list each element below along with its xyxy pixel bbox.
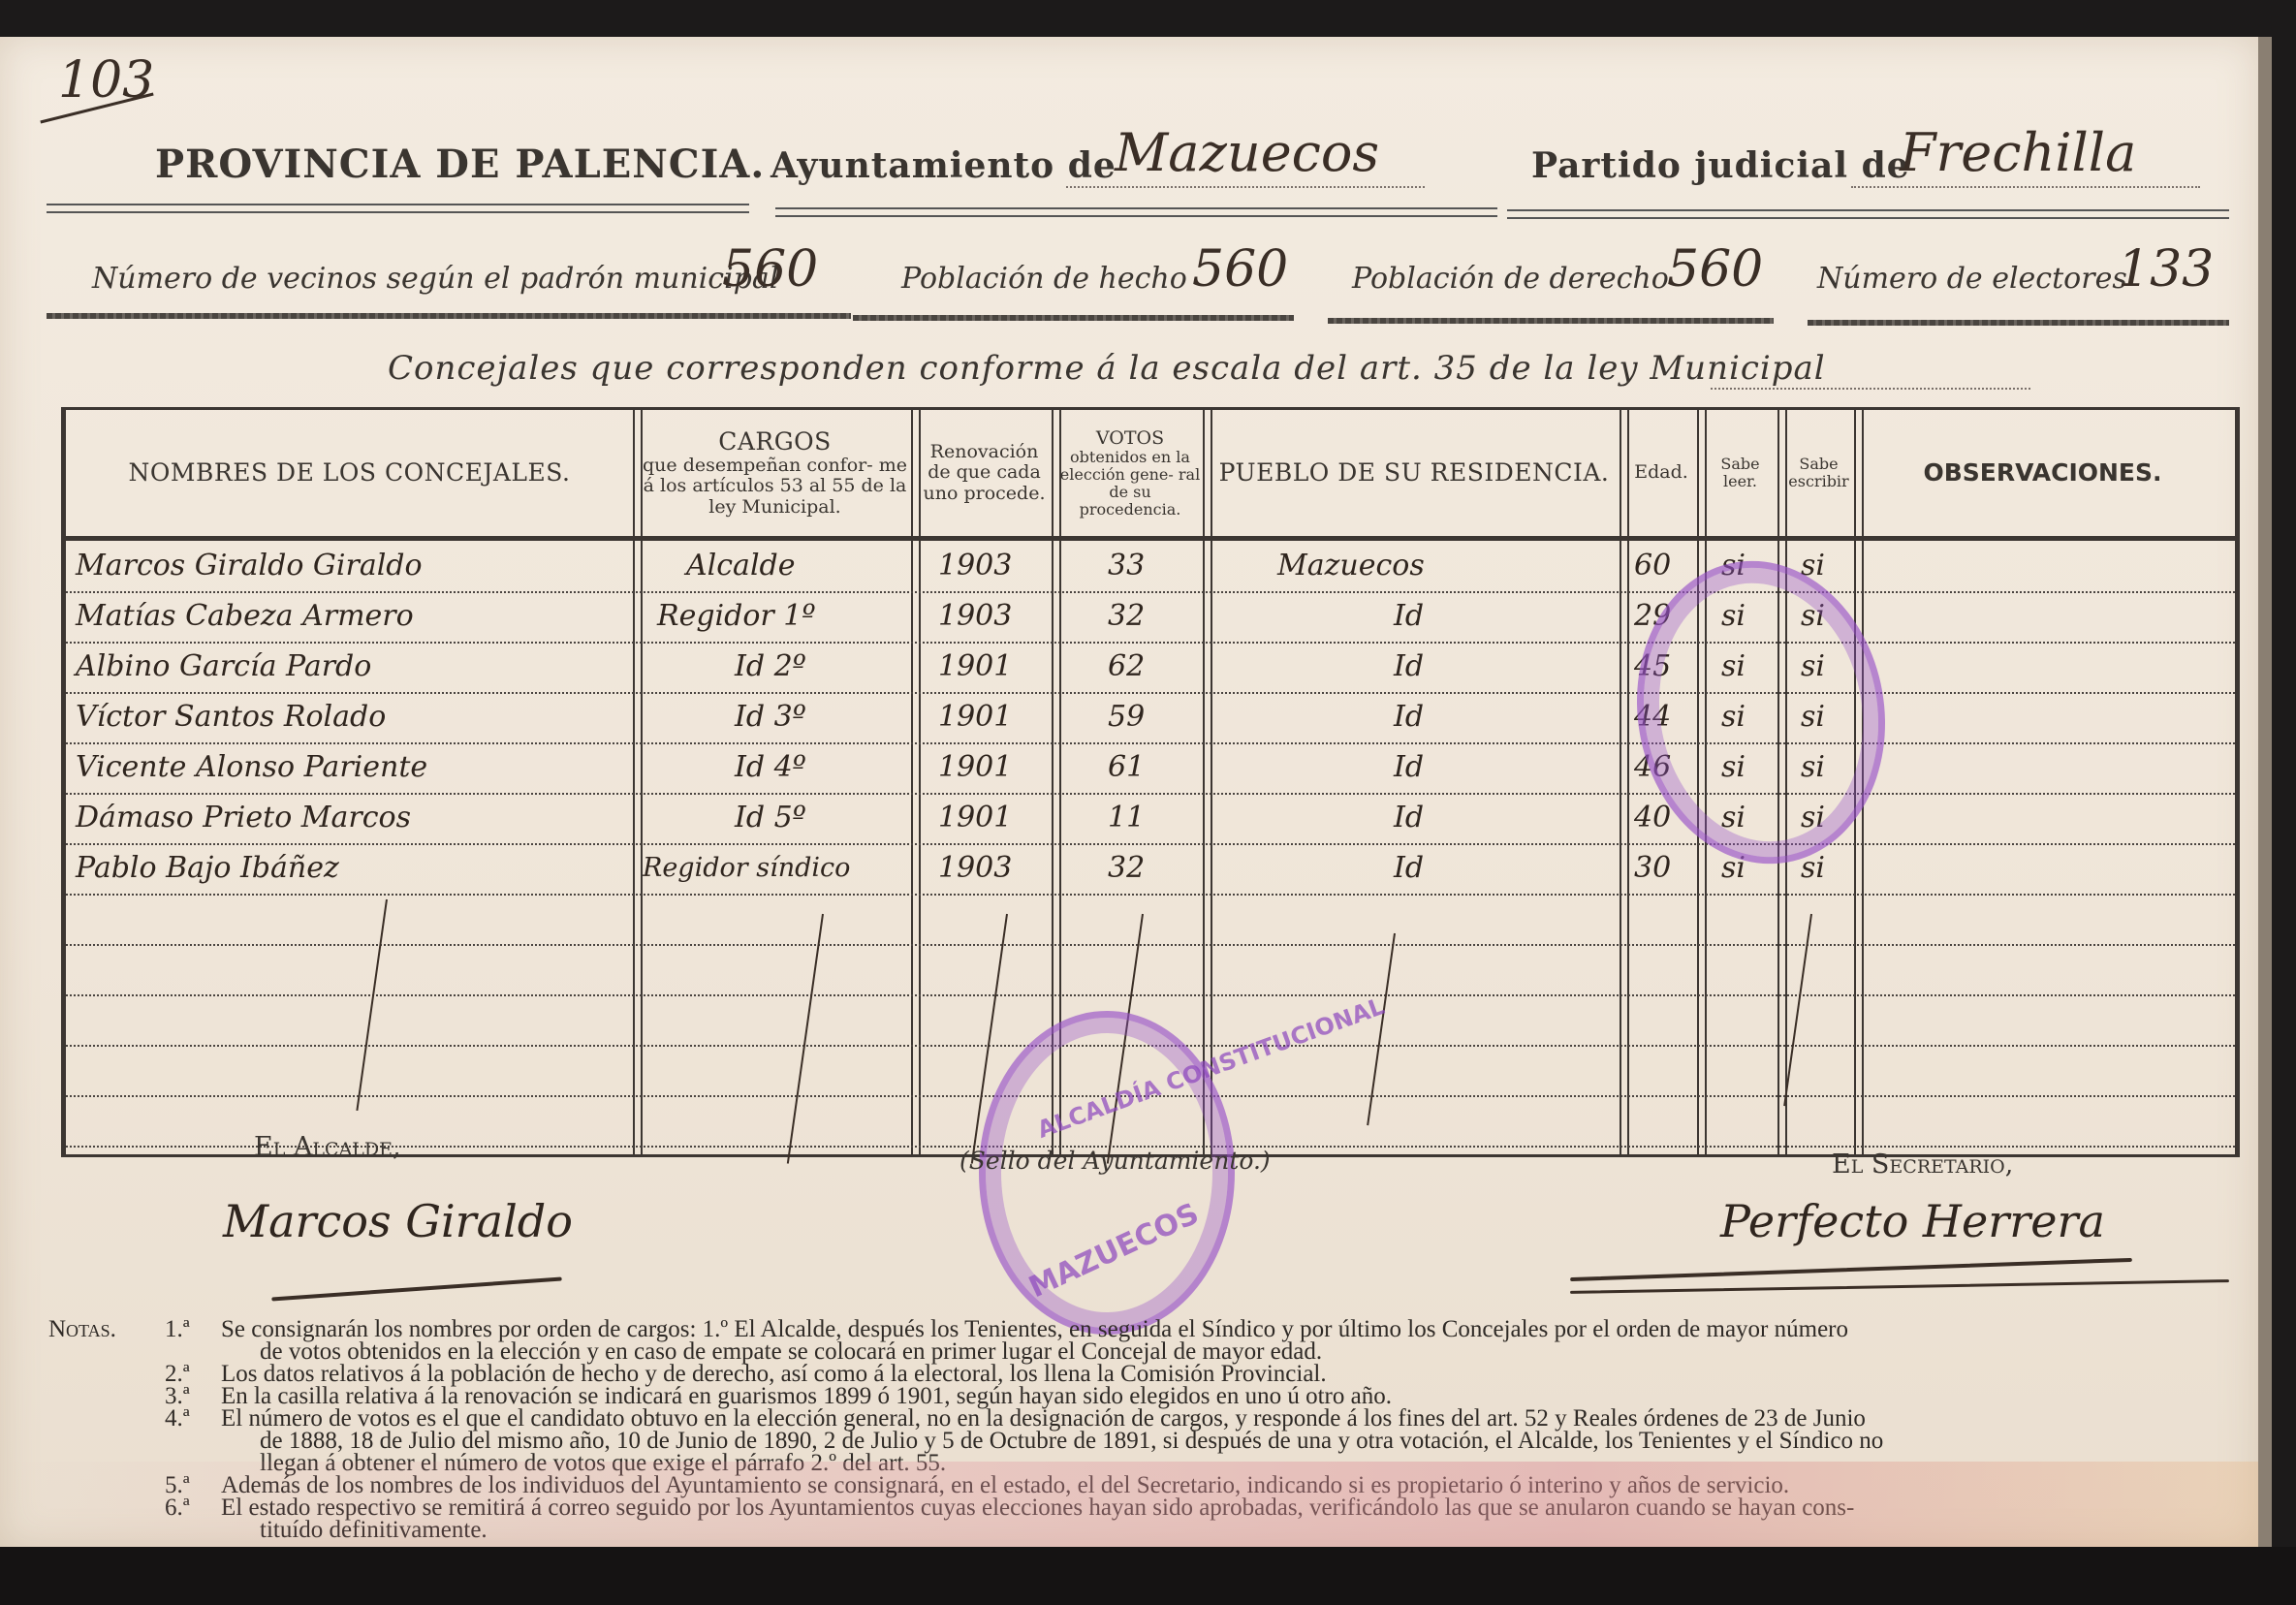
cell-pueblo: Id bbox=[1394, 645, 1424, 688]
alcalde-label: El Alcalde, bbox=[254, 1132, 401, 1162]
col-header-sabe-escribir: Sabe escribir bbox=[1783, 410, 1854, 536]
table-row: Matías Cabeza Armero Regidor 1º 1903 32 … bbox=[66, 591, 2235, 644]
cell-votos: 11 bbox=[1108, 797, 1145, 839]
header-text: CARGOS bbox=[718, 428, 832, 456]
cell-cargo: Id 5º bbox=[735, 797, 806, 839]
table-row: Marcos Giraldo Giraldo Alcalde 1903 33 M… bbox=[66, 541, 2235, 593]
document-page: 103 PROVINCIA DE PALENCIA. Ayuntamiento … bbox=[0, 37, 2272, 1549]
col-header-edad: Edad. bbox=[1625, 410, 1697, 536]
note-item: 2.ª Los datos relativos á la población d… bbox=[48, 1363, 2249, 1385]
hecho-value: 560 bbox=[1192, 240, 1288, 299]
cell-pueblo: Id bbox=[1394, 797, 1424, 839]
cell-pueblo: Mazuecos bbox=[1277, 545, 1425, 587]
cell-renovacion: 1901 bbox=[938, 696, 1012, 739]
double-rule bbox=[47, 204, 749, 213]
cell-nombre: Dámaso Prieto Marcos bbox=[76, 797, 411, 839]
col-header-nombres: NOMBRES DE LOS CONCEJALES. bbox=[66, 410, 633, 536]
secretario-label: El Secretario, bbox=[1832, 1149, 2013, 1180]
derecho-label: Población de derecho bbox=[1352, 262, 1669, 296]
note-item: 4.ª El número de votos es el que el cand… bbox=[48, 1407, 2249, 1474]
derecho-value: 560 bbox=[1667, 240, 1763, 299]
vecinos-label: Número de vecinos según el padrón munici… bbox=[92, 262, 778, 296]
thick-rule bbox=[47, 313, 851, 319]
provincia-title: PROVINCIA DE PALENCIA. bbox=[155, 142, 765, 187]
signature-flourish bbox=[1570, 1279, 2229, 1294]
cell-votos: 32 bbox=[1108, 595, 1145, 638]
cell-nombre: Víctor Santos Rolado bbox=[76, 696, 386, 739]
cell-pueblo: Id bbox=[1394, 746, 1424, 789]
cell-renovacion: 1901 bbox=[938, 645, 1012, 688]
note-item: 1.ª Se consignarán los nombres por orden… bbox=[48, 1318, 2249, 1363]
note-item: 6.ª El estado respectivo se remitirá á c… bbox=[48, 1496, 2249, 1541]
cell-cargo: Regidor 1º bbox=[657, 595, 815, 638]
cell-nombre: Pablo Bajo Ibáñez bbox=[76, 847, 339, 890]
cell-renovacion: 1901 bbox=[938, 746, 1012, 789]
note-item: 5.ª Además de los nombres de los individ… bbox=[48, 1474, 2249, 1496]
note-number: 1.ª bbox=[165, 1318, 190, 1340]
double-rule bbox=[1507, 209, 2229, 219]
col-header-renovacion: Renovación de que cada uno procede. bbox=[917, 410, 1052, 536]
cell-votos: 59 bbox=[1108, 696, 1145, 739]
cell-edad: 60 bbox=[1634, 545, 1671, 587]
concejales-heading: Concejales que corresponden conforme á l… bbox=[388, 349, 1826, 388]
cell-nombre: Marcos Giraldo Giraldo bbox=[76, 545, 423, 587]
vecinos-value: 560 bbox=[722, 240, 818, 299]
note-line: Los datos relativos á la población de he… bbox=[221, 1363, 2249, 1385]
signature-flourish bbox=[1570, 1258, 2132, 1281]
note-line: de votos obtenidos en la elección y en c… bbox=[221, 1340, 2249, 1363]
col-header-cargos: CARGOS que desempeñan confor- me á los a… bbox=[639, 410, 911, 536]
thick-rule bbox=[1808, 320, 2229, 326]
note-number: 2.ª bbox=[165, 1363, 190, 1385]
cell-cargo: Alcalde bbox=[686, 545, 796, 587]
col-header-pueblo: PUEBLO DE SU RESIDENCIA. bbox=[1209, 410, 1620, 536]
header-subtext: obtenidos en la elección gene- ral de su… bbox=[1057, 449, 1203, 519]
note-line: El estado respectivo se remitirá á corre… bbox=[221, 1496, 2249, 1519]
header-text: Edad. bbox=[1634, 462, 1688, 483]
table-row: Pablo Bajo Ibáñez Regidor síndico 1903 3… bbox=[66, 843, 2235, 896]
header-text: Renovación de que cada uno procede. bbox=[917, 442, 1052, 504]
electores-label: Número de electores bbox=[1817, 262, 2127, 296]
cell-pueblo: Id bbox=[1394, 595, 1424, 638]
partido-value: Frechilla bbox=[1900, 122, 2136, 183]
electores-value: 133 bbox=[2118, 240, 2214, 299]
cell-cargo: Id 2º bbox=[735, 645, 806, 688]
table-row: Víctor Santos Rolado Id 3º 1901 59 Id 44… bbox=[66, 692, 2235, 744]
ayuntamiento-value: Mazuecos bbox=[1115, 122, 1379, 183]
sello-caption: (Sello del Ayuntamiento.) bbox=[959, 1147, 1271, 1175]
cell-renovacion: 1903 bbox=[938, 595, 1012, 638]
note-line: Además de los nombres de los individuos … bbox=[221, 1474, 2249, 1496]
hecho-label: Población de hecho bbox=[901, 262, 1187, 296]
cell-renovacion: 1903 bbox=[938, 847, 1012, 890]
col-header-sabe-leer: Sabe leer. bbox=[1703, 410, 1777, 536]
cell-votos: 61 bbox=[1108, 746, 1145, 789]
concejales-field bbox=[1711, 388, 2030, 390]
cell-renovacion: 1901 bbox=[938, 797, 1012, 839]
header-text: NOMBRES DE LOS CONCEJALES. bbox=[129, 459, 571, 487]
table-row-empty bbox=[66, 894, 2235, 946]
ayuntamiento-label: Ayuntamiento de bbox=[771, 145, 1117, 186]
header-text: PUEBLO DE SU RESIDENCIA. bbox=[1219, 459, 1610, 487]
signature-flourish bbox=[271, 1277, 562, 1302]
cell-votos: 33 bbox=[1108, 545, 1145, 587]
note-number: 3.ª bbox=[165, 1385, 190, 1407]
scan-background bbox=[0, 1547, 2296, 1605]
note-line: En la casilla relativa á la renovación s… bbox=[221, 1385, 2249, 1407]
cell-renovacion: 1903 bbox=[938, 545, 1012, 587]
cell-cargo: Regidor síndico bbox=[643, 847, 850, 890]
note-line: tituído definitivamente. bbox=[221, 1519, 2249, 1541]
header-text: Sabe escribir bbox=[1783, 456, 1854, 490]
cell-votos: 62 bbox=[1108, 645, 1145, 688]
note-item: 3.ª En la casilla relativa á la renovaci… bbox=[48, 1385, 2249, 1407]
note-line: El número de votos es el que el candidat… bbox=[221, 1407, 2249, 1430]
cell-nombre: Matías Cabeza Armero bbox=[76, 595, 414, 638]
thick-rule bbox=[1328, 318, 1774, 324]
note-line: de 1888, 18 de Julio del mismo año, 10 d… bbox=[221, 1430, 2249, 1452]
note-line: Se consignarán los nombres por orden de … bbox=[221, 1318, 2249, 1340]
cell-cargo: Id 4º bbox=[735, 746, 806, 789]
thick-rule bbox=[853, 315, 1294, 321]
header-text: VOTOS bbox=[1096, 428, 1164, 449]
secretario-signature: Perfecto Herrera bbox=[1720, 1195, 2105, 1247]
note-number: 6.ª bbox=[165, 1496, 190, 1519]
table-row: Vicente Alonso Pariente Id 4º 1901 61 Id… bbox=[66, 742, 2235, 795]
table-row: Dámaso Prieto Marcos Id 5º 1901 11 Id 40… bbox=[66, 793, 2235, 845]
notes-section: Notas. 1.ª Se consignarán los nombres po… bbox=[48, 1318, 2249, 1541]
table-row-empty bbox=[66, 944, 2235, 996]
folio-number: 103 bbox=[58, 51, 154, 110]
cell-nombre: Albino García Pardo bbox=[76, 645, 371, 688]
col-header-observaciones: OBSERVACIONES. bbox=[1860, 410, 2225, 536]
header-text: Sabe leer. bbox=[1703, 456, 1777, 490]
note-line: llegan á obtener el número de votos que … bbox=[221, 1452, 2249, 1474]
table-row: Albino García Pardo Id 2º 1901 62 Id 45 … bbox=[66, 642, 2235, 694]
note-number: 5.ª bbox=[165, 1474, 190, 1496]
note-number: 4.ª bbox=[165, 1407, 190, 1430]
cell-nombre: Vicente Alonso Pariente bbox=[76, 746, 427, 789]
cell-edad: 40 bbox=[1634, 797, 1671, 839]
cell-votos: 32 bbox=[1108, 847, 1145, 890]
alcalde-signature: Marcos Giraldo bbox=[223, 1195, 573, 1247]
col-header-votos: VOTOS obtenidos en la elección gene- ral… bbox=[1057, 410, 1203, 536]
header-text: OBSERVACIONES. bbox=[1923, 459, 2161, 487]
cell-pueblo: Id bbox=[1394, 696, 1424, 739]
cell-pueblo: Id bbox=[1394, 847, 1424, 890]
header-subtext: que desempeñan confor- me á los artículo… bbox=[639, 456, 911, 518]
cell-cargo: Id 3º bbox=[735, 696, 806, 739]
double-rule bbox=[775, 207, 1497, 217]
cell-edad: 30 bbox=[1634, 847, 1671, 890]
